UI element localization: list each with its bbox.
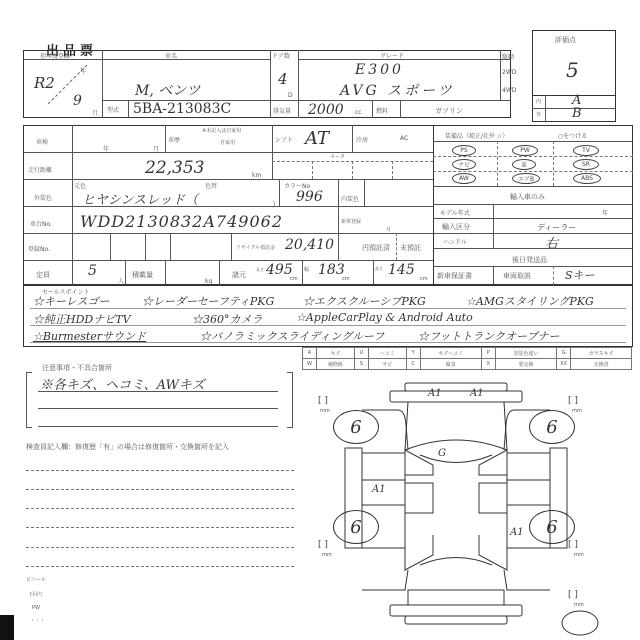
history-label: 車歴 bbox=[168, 135, 180, 144]
footer-label: ビニール bbox=[26, 576, 46, 583]
fuel-value: ガソリン bbox=[435, 106, 463, 116]
recycle-value: 20,410 bbox=[285, 237, 334, 253]
mm-unit: mm bbox=[574, 552, 584, 558]
equip-airbag: エアB bbox=[512, 173, 540, 184]
footer-label: 下回り bbox=[28, 591, 43, 598]
damage-mark-front-right: A1 bbox=[470, 388, 484, 399]
dimensions-label: 諸元 bbox=[232, 270, 246, 280]
model-code-value: 5BA-213083C bbox=[133, 101, 231, 117]
displacement-unit: cc bbox=[355, 109, 362, 116]
legend-desc: ヘコミ bbox=[368, 348, 406, 359]
drive-4wd: 4WD bbox=[502, 87, 516, 94]
displacement-label: 排気量 bbox=[273, 106, 291, 115]
load-unit: kg bbox=[205, 278, 212, 285]
height-label: 高さ bbox=[375, 266, 383, 272]
tyre-depth: 6 bbox=[546, 517, 557, 538]
equip-abs: ABS bbox=[573, 173, 601, 184]
damage-legend: A キズ U ヘコミ Y キズヘコミ P 塗装色違い G ガラスキズ W 補修跡… bbox=[302, 347, 632, 370]
mm-unit: mm bbox=[572, 408, 582, 414]
sales-point: ☆純正HDDナビTV bbox=[33, 311, 131, 327]
drive-2wd: 2WD bbox=[502, 69, 516, 76]
first-registration-era: R2 bbox=[34, 74, 55, 92]
tyre-depth: 6 bbox=[350, 517, 361, 538]
doors-unit: D bbox=[288, 92, 293, 99]
sales-point: ☆Burmesterサウンド bbox=[33, 328, 146, 344]
recycle-label: リサイクル預託金 bbox=[236, 244, 275, 251]
fuel-label: 燃料 bbox=[376, 106, 388, 115]
manual-value: Sキー bbox=[565, 267, 595, 283]
damage-mark-glass: G bbox=[438, 448, 446, 459]
damage-mark-rear-right: A1 bbox=[510, 527, 524, 538]
footer-label: ・・・ bbox=[30, 617, 45, 624]
legend-code: XX bbox=[557, 359, 571, 370]
tyre-rear-right: 6 bbox=[529, 510, 575, 544]
new-car-reg-unit: 月 bbox=[386, 226, 391, 233]
legend-code: S bbox=[354, 359, 368, 370]
legend-code: C bbox=[406, 359, 420, 370]
mileage-unit: km bbox=[252, 172, 261, 179]
warranty-label: 新車保証書 bbox=[437, 271, 472, 281]
chassis-no-label: 車台No. bbox=[30, 219, 52, 228]
ac-value: AC bbox=[400, 135, 408, 142]
exterior-score-label: 外 bbox=[536, 111, 541, 118]
new-car-reg-label: 新車登録 bbox=[341, 218, 361, 225]
manual-label: 車両取説 bbox=[503, 271, 531, 281]
legend-desc: 補修跡 bbox=[317, 359, 355, 370]
length-value: 495 bbox=[266, 262, 293, 278]
capacity-value: 5 bbox=[88, 263, 97, 279]
legend-desc: キズヘコミ bbox=[420, 348, 481, 359]
interior-color-label: 内装色 bbox=[341, 194, 359, 203]
import-type-value: ディーラー bbox=[537, 222, 576, 233]
model-code-label: 型式 bbox=[107, 105, 119, 114]
legend-desc: キズ bbox=[317, 348, 355, 359]
legend-desc: 要交換 bbox=[495, 359, 556, 370]
mm-unit: mm bbox=[574, 602, 584, 608]
reg-no-label: 登録No. bbox=[28, 244, 50, 253]
shift-label: シフト bbox=[275, 135, 293, 144]
first-registration-month: 9 bbox=[73, 93, 82, 109]
import-type-label: 輸入区分 bbox=[442, 222, 470, 232]
chassis-no-value: WDD2130832A749062 bbox=[80, 212, 283, 231]
width-value: 183 bbox=[318, 262, 345, 278]
sales-point: ☆AppleCarPlay & Android Auto bbox=[296, 311, 473, 324]
doors-value: 4 bbox=[278, 70, 288, 88]
interior-score-label: 内 bbox=[536, 98, 541, 105]
footer-label: PW bbox=[32, 605, 40, 611]
legend-desc: 塗装色違い bbox=[495, 348, 556, 359]
height-unit: cm bbox=[420, 276, 428, 282]
later-shipping-label: 後日発送品 bbox=[512, 255, 547, 265]
mileage-label: 走行距離 bbox=[28, 165, 52, 174]
length-label: 長さ bbox=[256, 267, 264, 273]
recycle-unpaid: 未預託 bbox=[400, 243, 421, 253]
sales-point: ☆パノラミックスライディングルーフ bbox=[200, 328, 384, 344]
sales-point: ☆フットトランクオープナー bbox=[418, 328, 559, 344]
car-name-value: M, ベンツ bbox=[135, 80, 200, 100]
history-value: 自家用 bbox=[220, 139, 235, 146]
legend-desc: サビ bbox=[368, 359, 406, 370]
exterior-color-label: 外装色 bbox=[34, 193, 52, 202]
tyre-front-left: 6 bbox=[333, 410, 379, 444]
sales-point: ☆AMGスタイリングPKG bbox=[466, 293, 594, 309]
tyre-rear-left: 6 bbox=[333, 510, 379, 544]
mm-unit: mm bbox=[322, 552, 332, 558]
shift-value: AT bbox=[305, 128, 329, 149]
height-value: 145 bbox=[388, 262, 415, 278]
grade-line1: E300 bbox=[355, 62, 404, 78]
sales-point: ☆レーダーセーフティPKG bbox=[142, 293, 274, 309]
score-value: 5 bbox=[566, 58, 579, 82]
model-year-unit: 年 bbox=[602, 208, 608, 217]
legend-code: W bbox=[303, 359, 317, 370]
equipment-circle-note: ○をつける bbox=[558, 131, 587, 140]
damage-mark-left-door: A1 bbox=[372, 484, 386, 495]
inspection-label: 車検 bbox=[36, 137, 48, 146]
mm-unit: mm bbox=[320, 408, 330, 414]
sales-point: ☆360°カメラ bbox=[192, 311, 263, 327]
legend-code: A bbox=[303, 348, 317, 359]
handle-value: 右 bbox=[545, 233, 558, 252]
length-unit: cm bbox=[290, 276, 298, 282]
score-label: 評価点 bbox=[555, 35, 576, 45]
legend-code: G bbox=[557, 348, 571, 359]
legend-desc: ガラスキズ bbox=[571, 348, 632, 359]
inspector-note: 検査員記入欄：修復歴「有」の場合は修復箇所・交換箇所を記入 bbox=[26, 442, 229, 452]
month-unit: 月 bbox=[92, 108, 98, 117]
equip-aw: AW bbox=[452, 173, 476, 184]
equip-tv: TV bbox=[573, 145, 599, 156]
legend-code: X bbox=[481, 359, 495, 370]
color-change-label: 色替 bbox=[205, 181, 217, 190]
sales-point: ☆エクスクルーシブPKG bbox=[303, 293, 426, 309]
legend-code: P bbox=[481, 348, 495, 359]
recycle-unit: 円預託済 bbox=[362, 243, 390, 253]
equip-navi: ナビ bbox=[452, 159, 476, 170]
displacement-value: 2000 bbox=[308, 102, 344, 118]
tyre-depth: 6 bbox=[350, 417, 361, 438]
equip-leather: 革 bbox=[512, 159, 536, 170]
capacity-unit: 人 bbox=[118, 276, 124, 285]
tyre-depth: 6 bbox=[546, 417, 557, 438]
notes-label: 注意事項・不具合箇所 bbox=[42, 363, 112, 373]
legend-code: Y bbox=[406, 348, 420, 359]
damage-mark-front-left: A1 bbox=[428, 388, 442, 399]
sales-point: ☆キーレスゴー bbox=[33, 293, 109, 309]
drive-label: 駆動 bbox=[502, 52, 514, 61]
handle-label: ハンドル bbox=[443, 237, 467, 246]
legend-code: U bbox=[354, 348, 368, 359]
color-no-value: 996 bbox=[296, 189, 323, 205]
import-only-label: 輸入車のみ bbox=[510, 192, 545, 202]
model-year-label: モデル年式 bbox=[440, 208, 470, 217]
legend-desc: 腐食 bbox=[420, 359, 481, 370]
tyre-front-right: 6 bbox=[529, 410, 575, 444]
equip-ps: PS bbox=[452, 145, 476, 156]
grade-line2: AVG スポーツ bbox=[340, 80, 455, 100]
ac-label: 冷房 bbox=[356, 135, 368, 144]
width-unit: cm bbox=[342, 276, 350, 282]
legend-desc: 交換済 bbox=[571, 359, 632, 370]
meter-label: メータ bbox=[330, 153, 345, 160]
scan-corner-mark bbox=[0, 615, 14, 640]
equip-pw: PW bbox=[512, 145, 538, 156]
load-label: 積載量 bbox=[132, 270, 153, 280]
exterior-score: B bbox=[572, 106, 582, 121]
equip-sunroof: SR bbox=[573, 159, 599, 170]
capacity-label: 定員 bbox=[36, 270, 50, 280]
width-label: 幅 bbox=[304, 266, 309, 273]
equipment-label: 装備品（純正/社外 ☆） bbox=[445, 131, 508, 140]
history-note: ※未記入は自家用 bbox=[202, 127, 241, 134]
mileage-value: 22,353 bbox=[145, 158, 204, 178]
doors-label: ドア数 bbox=[272, 51, 290, 60]
